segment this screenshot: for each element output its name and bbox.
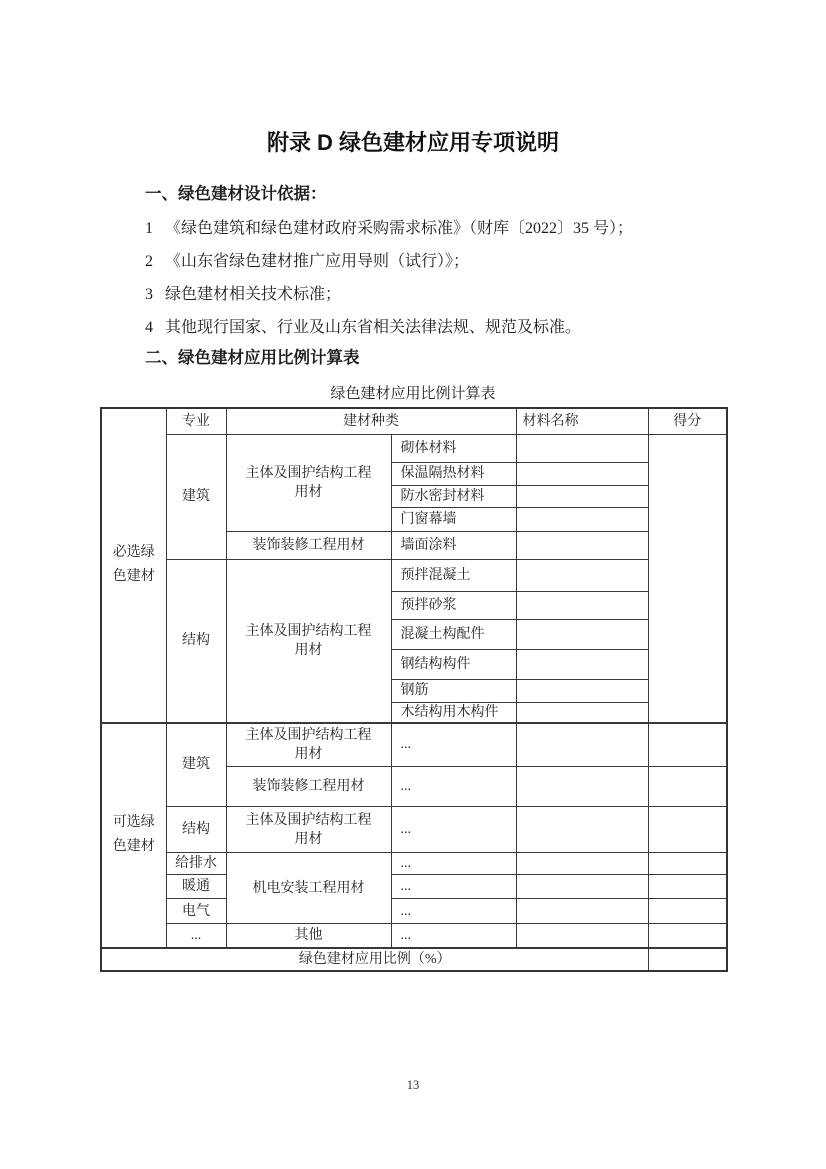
material-cell-ellipsis: ... <box>391 807 516 853</box>
design-basis-item: 2 《山东省绿色建材推广应用导则（试行）》； <box>145 252 726 272</box>
category-cell-optional: 可选绿色建材 <box>101 723 166 948</box>
material-type-cell: 装饰装修工程用材 <box>226 767 391 807</box>
material-name-cell <box>516 485 648 507</box>
material-cell-ellipsis: ... <box>391 767 516 807</box>
specialty-cell: 电气 <box>166 899 226 924</box>
material-type-cell: 其他 <box>226 924 391 948</box>
material-cell-ellipsis: ... <box>391 853 516 875</box>
material-name-cell <box>516 853 648 875</box>
page-title: 附录 D 绿色建材应用专项说明 <box>100 128 726 158</box>
item-number: 4 <box>145 318 165 338</box>
material-cell: 钢筋 <box>391 679 516 702</box>
material-name-cell <box>516 591 648 619</box>
score-cell <box>648 899 727 924</box>
specialty-cell: 结构 <box>166 807 226 853</box>
material-cell: 门窗幕墙 <box>391 507 516 531</box>
material-name-cell <box>516 531 648 559</box>
material-cell: 防水密封材料 <box>391 485 516 507</box>
material-type-cell: 主体及围护结构工程用材 <box>226 723 391 767</box>
total-ratio-label-cell: 绿色建材应用比例（%） <box>101 948 648 971</box>
total-ratio-value-cell <box>648 948 727 971</box>
table-row: 电气 ... <box>101 899 727 924</box>
material-cell-ellipsis: ... <box>391 899 516 924</box>
material-cell: 预拌混凝土 <box>391 559 516 591</box>
table-row: 给排水 机电安装工程用材 ... <box>101 853 727 875</box>
th-material-type: 建材种类 <box>226 408 516 434</box>
item-text: 《山东省绿色建材推广应用导则（试行）》； <box>165 252 469 272</box>
ratio-table: 必选绿色建材 专业 建材种类 材料名称 得分 建筑 主体及围护结构工程用材 砌体… <box>100 407 728 972</box>
specialty-cell: 结构 <box>166 559 226 723</box>
score-cell <box>648 723 727 767</box>
score-cell <box>648 767 727 807</box>
material-cell: 预拌砂浆 <box>391 591 516 619</box>
document-page: 附录 D 绿色建材应用专项说明 一、绿色建材设计依据： 1 《绿色建筑和绿色建材… <box>0 0 826 1169</box>
material-name-cell <box>516 899 648 924</box>
material-name-cell <box>516 434 648 462</box>
th-score: 得分 <box>648 408 727 434</box>
material-name-cell <box>516 767 648 807</box>
table-row: 结构 主体及围护结构工程用材 预拌混凝土 <box>101 559 727 591</box>
table-caption: 绿色建材应用比例计算表 <box>100 385 726 403</box>
section-heading-ratio-table: 二、绿色建材应用比例计算表 <box>145 347 726 369</box>
specialty-cell: 建筑 <box>166 434 226 559</box>
material-cell-ellipsis: ... <box>391 723 516 767</box>
material-name-cell <box>516 807 648 853</box>
document-content: 附录 D 绿色建材应用专项说明 一、绿色建材设计依据： 1 《绿色建筑和绿色建材… <box>100 128 726 972</box>
table-row: ... 其他 ... <box>101 924 727 948</box>
item-number: 3 <box>145 285 165 305</box>
material-type-cell: 主体及围护结构工程用材 <box>226 559 391 723</box>
score-cell <box>648 434 727 723</box>
score-cell <box>648 807 727 853</box>
item-text: 《绿色建筑和绿色建材政府采购需求标准》（财库〔2022〕35 号）； <box>165 219 633 239</box>
material-name-cell <box>516 924 648 948</box>
material-name-cell <box>516 702 648 723</box>
table-row: 暖通 ... <box>101 875 727 899</box>
material-name-cell <box>516 507 648 531</box>
th-specialty: 专业 <box>166 408 226 434</box>
material-cell: 木结构用木构件 <box>391 702 516 723</box>
score-cell <box>648 924 727 948</box>
specialty-cell: ... <box>166 924 226 948</box>
th-material-name: 材料名称 <box>516 408 648 434</box>
material-cell-ellipsis: ... <box>391 924 516 948</box>
specialty-cell: 建筑 <box>166 723 226 807</box>
table-footer-row: 绿色建材应用比例（%） <box>101 948 727 971</box>
design-basis-item: 1 《绿色建筑和绿色建材政府采购需求标准》（财库〔2022〕35 号）； <box>145 219 726 239</box>
specialty-cell: 暖通 <box>166 875 226 899</box>
score-cell <box>648 853 727 875</box>
material-name-cell <box>516 679 648 702</box>
category-cell-required: 必选绿色建材 <box>101 408 166 723</box>
material-type-cell: 装饰装修工程用材 <box>226 531 391 559</box>
material-cell: 混凝土构配件 <box>391 619 516 649</box>
material-cell: 墙面涂料 <box>391 531 516 559</box>
table-row: 可选绿色建材 建筑 主体及围护结构工程用材 ... <box>101 723 727 767</box>
section-heading-design-basis: 一、绿色建材设计依据： <box>145 183 726 205</box>
material-type-cell: 主体及围护结构工程用材 <box>226 434 391 531</box>
specialty-cell: 给排水 <box>166 853 226 875</box>
page-number: 13 <box>0 1078 826 1093</box>
table-header-row: 必选绿色建材 专业 建材种类 材料名称 得分 <box>101 408 727 434</box>
item-number: 1 <box>145 219 165 239</box>
item-number: 2 <box>145 252 165 272</box>
material-name-cell <box>516 723 648 767</box>
material-name-cell <box>516 462 648 485</box>
material-name-cell <box>516 559 648 591</box>
material-cell: 保温隔热材料 <box>391 462 516 485</box>
score-cell <box>648 875 727 899</box>
design-basis-item: 3 绿色建材相关技术标准； <box>145 285 726 305</box>
item-text: 其他现行国家、行业及山东省相关法律法规、规范及标准。 <box>165 318 581 338</box>
item-text: 绿色建材相关技术标准； <box>165 285 341 305</box>
material-cell: 钢结构构件 <box>391 649 516 679</box>
material-name-cell <box>516 875 648 899</box>
material-name-cell <box>516 619 648 649</box>
design-basis-item: 4 其他现行国家、行业及山东省相关法律法规、规范及标准。 <box>145 318 726 338</box>
material-type-cell: 主体及围护结构工程用材 <box>226 807 391 853</box>
material-cell-ellipsis: ... <box>391 875 516 899</box>
material-cell: 砌体材料 <box>391 434 516 462</box>
table-row: 建筑 主体及围护结构工程用材 砌体材料 <box>101 434 727 462</box>
table-row: 结构 主体及围护结构工程用材 ... <box>101 807 727 853</box>
material-name-cell <box>516 649 648 679</box>
material-type-cell: 机电安装工程用材 <box>226 853 391 924</box>
